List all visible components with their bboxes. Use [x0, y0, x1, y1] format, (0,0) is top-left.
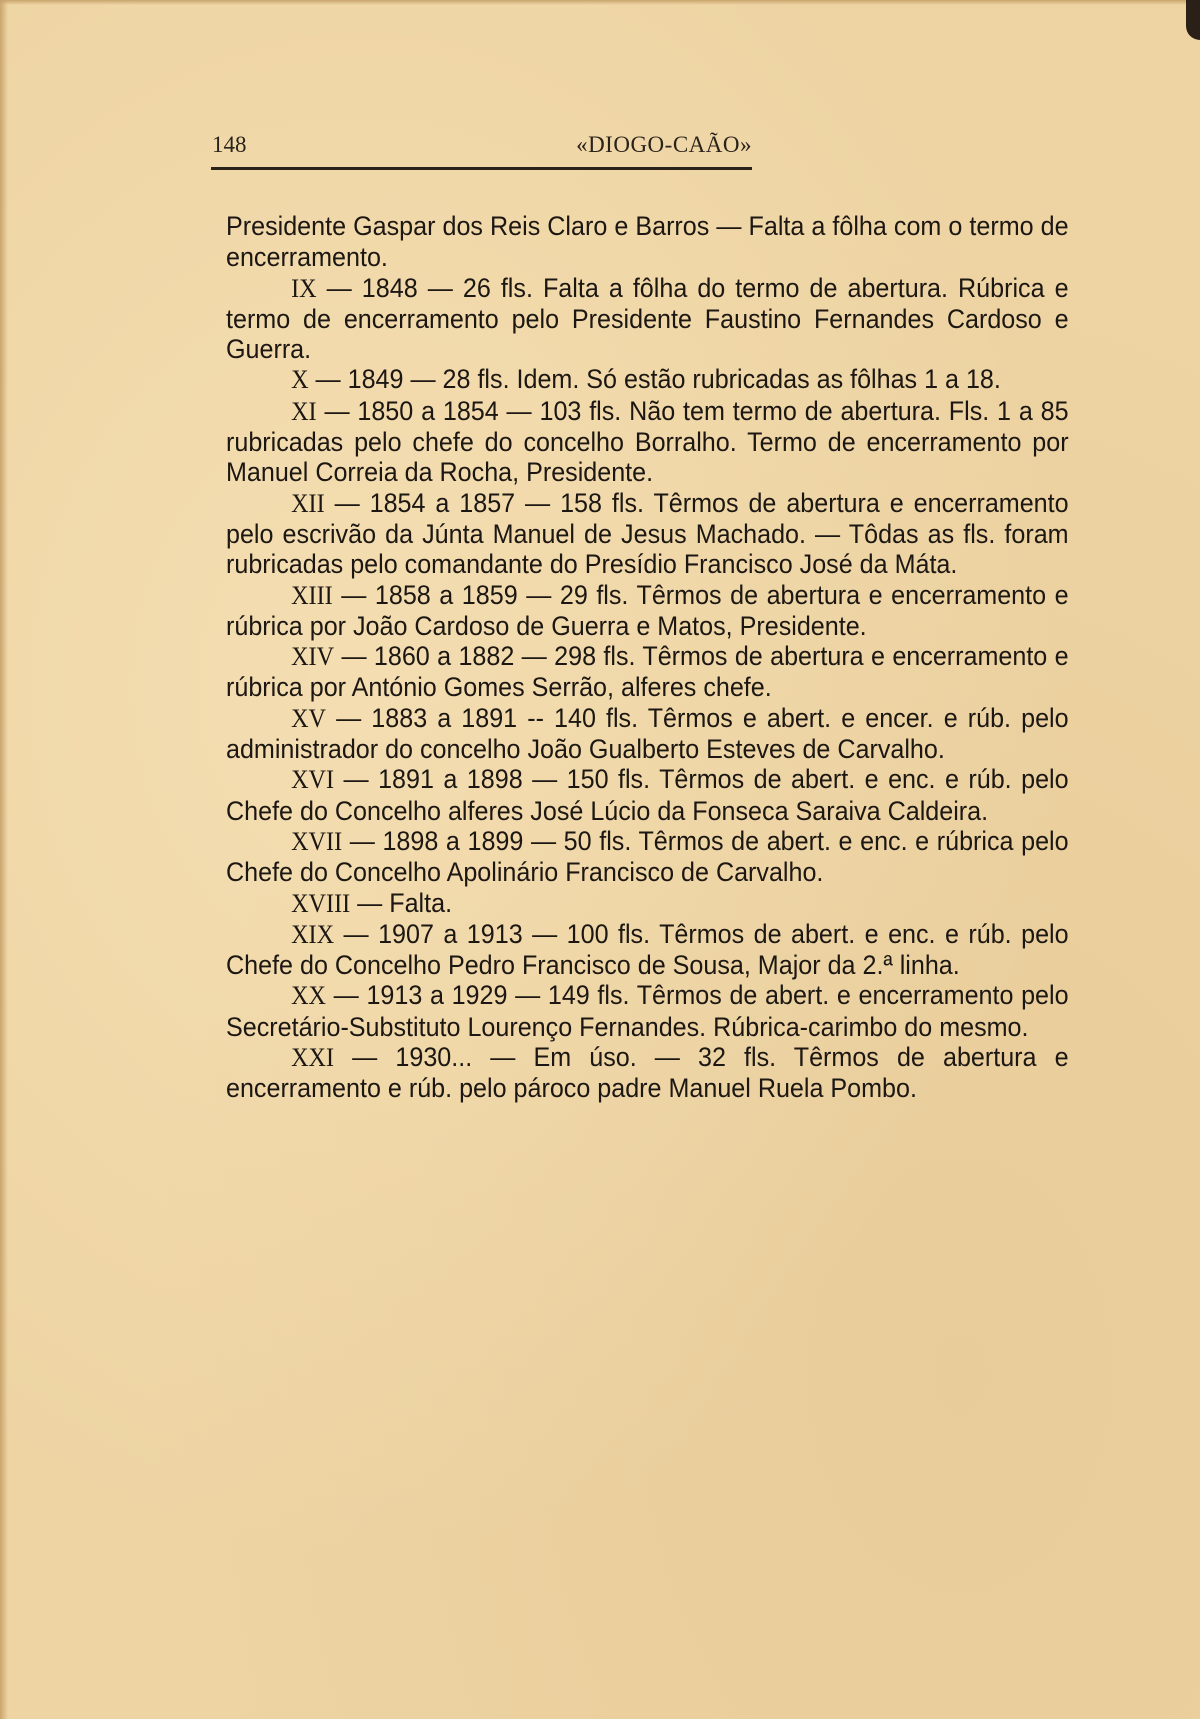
entry-text: — 1860 a 1882 — 298 fls. Têrmos de abert…	[226, 641, 1069, 702]
entry-ix: IX — 1848 — 26 fls. Falta a fôlha do ter…	[226, 273, 1069, 365]
entry-text: — 1850 a 1854 — 103 fls. Não tem termo d…	[226, 396, 1069, 488]
entry-roman-numeral: X	[291, 365, 308, 394]
entry-roman-numeral: XXI	[291, 1043, 334, 1072]
running-title: «DIOGO-CAÃO»	[576, 132, 752, 158]
entry-xix: XIX — 1907 a 1913 — 100 fls. Têrmos de a…	[226, 919, 1069, 981]
entry-roman-numeral: XVIII	[291, 889, 350, 918]
entry-text: — 1913 a 1929 — 149 fls. Têrmos de abert…	[226, 980, 1069, 1041]
entry-text: — 1858 a 1859 — 29 fls. Têrmos de abertu…	[226, 580, 1069, 641]
entry-text: — 1854 a 1857 — 158 fls. Têrmos de abert…	[226, 488, 1069, 580]
entry-xii: XII — 1854 a 1857 — 158 fls. Têrmos de a…	[226, 488, 1069, 580]
entry-text: — 1848 — 26 fls. Falta a fôlha do termo …	[226, 273, 1069, 365]
entry-xx: XX — 1913 a 1929 — 149 fls. Têrmos de ab…	[226, 980, 1069, 1042]
page-corner-shadow	[1186, 0, 1200, 40]
entry-text: — 1891 a 1898 — 150 fls. Têrmos de abert…	[226, 764, 1069, 825]
header-rule	[211, 167, 752, 170]
entry-roman-numeral: XII	[291, 489, 325, 518]
entry-roman-numeral: XVI	[291, 765, 334, 794]
entry-roman-numeral: XIII	[291, 581, 333, 610]
entry-roman-numeral: IX	[291, 274, 317, 303]
entry-roman-numeral: XIV	[291, 642, 334, 671]
entry-text: — 1883 a 1891 -- 140 fls. Têrmos e abert…	[226, 703, 1069, 764]
entry-text: — 1849 — 28 fls. Idem. Só estão rubricad…	[309, 364, 1001, 394]
paragraph-continuation: Presidente Gaspar dos Reis Claro e Barro…	[226, 211, 1069, 273]
entry-roman-numeral: XIX	[291, 920, 334, 949]
body-text: Presidente Gaspar dos Reis Claro e Barro…	[226, 211, 1069, 1104]
entry-text: — 1907 a 1913 — 100 fls. Têrmos de abert…	[226, 919, 1069, 980]
entry-x: X — 1849 — 28 fls. Idem. Só estão rubric…	[226, 364, 1069, 395]
entry-text: — Falta.	[350, 888, 452, 918]
running-header: 148 «DIOGO-CAÃO»	[212, 132, 752, 168]
entry-xxi: XXI — 1930... — Em úso. — 32 fls. Têrmos…	[226, 1042, 1069, 1104]
page-edge-shadow	[0, 0, 8, 1719]
entry-xv: XV — 1883 a 1891 -- 140 fls. Têrmos e ab…	[226, 703, 1069, 765]
entry-roman-numeral: XI	[291, 397, 317, 426]
entry-text: — 1898 a 1899 — 50 fls. Têrmos de abert.…	[226, 826, 1069, 887]
entry-roman-numeral: XX	[291, 981, 326, 1010]
page-edge-shadow-top	[0, 0, 1200, 5]
entry-xiv: XIV — 1860 a 1882 — 298 fls. Têrmos de a…	[226, 641, 1069, 703]
entry-xviii: XVIII — Falta.	[226, 888, 1069, 919]
entry-text: — 1930... — Em úso. — 32 fls. Têrmos de …	[226, 1042, 1069, 1103]
entry-xiii: XIII — 1858 a 1859 — 29 fls. Têrmos de a…	[226, 580, 1069, 642]
entry-xvii: XVII — 1898 a 1899 — 50 fls. Têrmos de a…	[226, 826, 1069, 888]
entry-roman-numeral: XVII	[291, 827, 342, 856]
entry-xi: XI — 1850 a 1854 — 103 fls. Não tem term…	[226, 396, 1069, 488]
entry-xvi: XVI — 1891 a 1898 — 150 fls. Têrmos de a…	[226, 764, 1069, 826]
entry-text: Presidente Gaspar dos Reis Claro e Barro…	[226, 211, 1069, 272]
entry-roman-numeral: XV	[291, 704, 326, 733]
page-number: 148	[212, 132, 247, 158]
